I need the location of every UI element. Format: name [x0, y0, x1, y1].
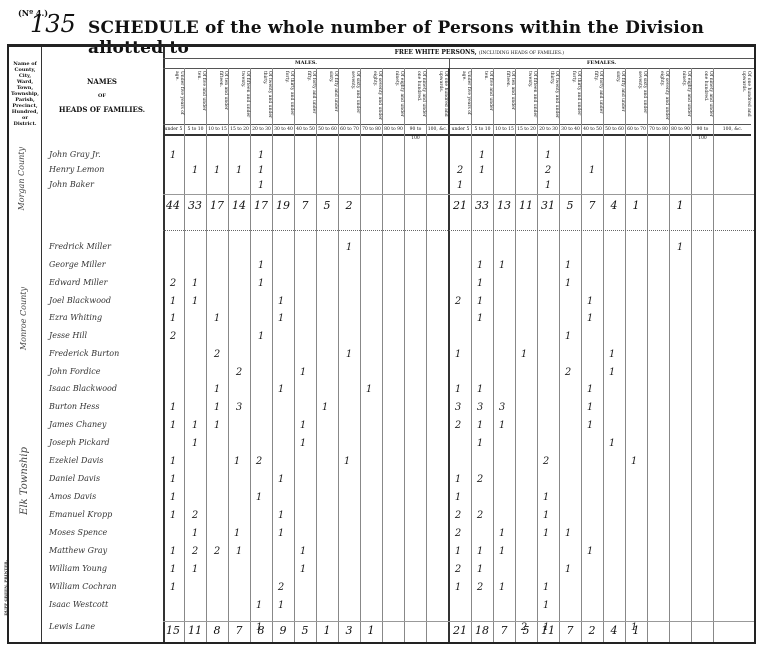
tally-mark: 2	[450, 420, 466, 431]
col-range: 70 to 80	[361, 124, 382, 136]
subtotal-cell: 1	[626, 199, 646, 212]
tally-mark: 2	[472, 582, 488, 593]
tally-mark: 1	[295, 420, 311, 431]
tally-mark: 1	[472, 546, 488, 557]
subtotal-cell: 1	[670, 199, 690, 212]
col-range: 5 to 10	[472, 124, 493, 136]
tally-mark: 1	[472, 296, 488, 307]
col-label: Of ninety and under one hundred.	[692, 71, 713, 121]
col-range: 20 to 30	[251, 124, 272, 136]
tally-mark: 1	[187, 278, 203, 289]
county-column: Name of County, City, Ward, Town, Townsh…	[9, 47, 42, 642]
total-cell: 7	[560, 624, 580, 637]
tally-mark: 1	[317, 402, 333, 413]
col-female-70-80: Of seventy and under eighty.70 to 80	[648, 68, 670, 642]
tally-mark: 1	[472, 384, 488, 395]
tally-mark: 1	[295, 546, 311, 557]
head-of-family: Jesse Hill	[49, 331, 87, 340]
tally-mark: 1	[253, 331, 269, 342]
tally-mark: 1	[273, 528, 289, 539]
tally-mark: 1	[209, 402, 225, 413]
tally-mark: 1	[251, 492, 267, 503]
tally-mark: 2	[538, 456, 554, 467]
tally-mark: 1	[540, 150, 556, 161]
col-range: 50 to 60	[317, 124, 338, 136]
tally-mark: 2	[450, 510, 466, 521]
tally-mark: 2	[251, 456, 267, 467]
total-cell: 18	[472, 624, 492, 637]
col-label: Under five years of age.	[163, 71, 184, 121]
tally-mark: 1	[472, 564, 488, 575]
county-header: Name of County, City, Ward, Town, Townsh…	[10, 61, 40, 127]
tally-mark: 1	[538, 510, 554, 521]
head-of-family: Frederick Burton	[49, 349, 119, 358]
tally-mark: 1	[229, 528, 245, 539]
tally-mark: 1	[231, 546, 247, 557]
head-of-family: Lewis Lane	[49, 622, 95, 631]
tally-mark: 2	[273, 582, 289, 593]
head-of-family: William Cochran	[49, 582, 117, 591]
tally-mark: 1	[187, 420, 203, 431]
head-of-family: George Miller	[49, 260, 106, 269]
tally-mark: 1	[474, 150, 490, 161]
total-cell: 7	[494, 624, 514, 637]
col-label: Of fifty and under sixty.	[317, 71, 338, 121]
tally-mark: 2	[231, 367, 247, 378]
tally-mark: 1	[450, 474, 466, 485]
total-cell: 5	[516, 624, 536, 637]
col-range: 10 to 15	[494, 124, 515, 136]
head-of-family: John Gray Jr.	[49, 150, 101, 159]
tally-mark: 2	[187, 510, 203, 521]
tally-mark: 1	[538, 600, 554, 611]
total-cell: 1	[361, 624, 381, 637]
subtotal-cell: 14	[229, 199, 249, 212]
col-range: 100, &c.	[714, 124, 751, 136]
tally-mark: 3	[450, 402, 466, 413]
tally-mark: 1	[582, 546, 598, 557]
total-cell: 9	[273, 624, 293, 637]
col-label: Under five years of age.	[450, 71, 471, 121]
tally-mark: 1	[253, 150, 269, 161]
subtotal-cell: 44	[163, 199, 183, 212]
col-range: 10 to 15	[207, 124, 228, 136]
tally-mark: 2	[165, 331, 181, 342]
col-label: Of thirty and under forty.	[273, 71, 294, 121]
tally-mark: 1	[494, 546, 510, 557]
col-range: 60 to 70	[626, 124, 647, 136]
col-range: 80 to 90	[670, 124, 691, 136]
tally-mark: 1	[295, 367, 311, 378]
col-label: Of ninety and under one hundred.	[405, 71, 426, 121]
tally-mark: 1	[604, 438, 620, 449]
total-cell: 1	[626, 624, 646, 637]
head-of-family: James Chaney	[49, 420, 106, 429]
col-label: Of thirty and under forty.	[560, 71, 581, 121]
tally-mark: 1	[538, 528, 554, 539]
tally-mark: 1	[450, 349, 466, 360]
tally-mark: 1	[494, 260, 510, 271]
tally-mark: 1	[450, 582, 466, 593]
head-of-family: William Young	[49, 564, 107, 573]
tally-mark: 1	[450, 546, 466, 557]
tally-mark: 1	[516, 349, 532, 360]
subtotal-cell: 17	[251, 199, 271, 212]
tally-mark: 2	[472, 474, 488, 485]
tally-mark: 1	[165, 150, 181, 161]
subtotal-cell: 33	[185, 199, 205, 212]
tally-mark: 1	[295, 564, 311, 575]
tally-mark: 2	[560, 367, 576, 378]
subtotal-cell: 7	[295, 199, 315, 212]
col-range: 5 to 10	[185, 124, 206, 136]
col-male-100-plus: Of one hundred and upwards.100, &c.	[427, 68, 450, 642]
col-label: Of sixty and under seventy.	[339, 71, 360, 121]
tally-mark: 1	[560, 331, 576, 342]
head-of-family: Edward Miller	[49, 278, 108, 287]
col-male-90-100: Of ninety and under one hundred.90 to 10…	[405, 68, 427, 642]
total-cell: 8	[251, 624, 271, 637]
col-range: 70 to 80	[648, 124, 669, 136]
col-label: Of five and under ten.	[185, 71, 206, 121]
tally-mark: 2	[165, 278, 181, 289]
names-header-line-2: OF	[41, 89, 163, 103]
col-female-60-70: Of sixty and under seventy.60 to 70	[626, 68, 648, 642]
tally-mark: 3	[472, 402, 488, 413]
col-female-100-plus: Of one hundred and upwards.100, &c.	[714, 68, 751, 642]
col-male-50-60: Of fifty and under sixty.50 to 60	[317, 68, 339, 642]
total-cell: 11	[538, 624, 558, 637]
subtotal-cell: 5	[560, 199, 580, 212]
names-header-line-3: HEADS OF FAMILIES.	[41, 103, 163, 117]
tally-mark: 3	[231, 402, 247, 413]
tally-mark: 1	[472, 260, 488, 271]
subtotal-cell: 31	[538, 199, 558, 212]
col-female-30-40: Of thirty and under forty.30 to 40	[560, 68, 582, 642]
tally-mark: 1	[209, 384, 225, 395]
tally-mark: 1	[273, 600, 289, 611]
subtotal-cell: 17	[207, 199, 227, 212]
col-range: under 5	[163, 124, 184, 136]
head-of-family: Emanuel Kropp	[49, 510, 112, 519]
tally-mark: 1	[450, 492, 466, 503]
col-range: 50 to 60	[604, 124, 625, 136]
tally-mark: 1	[341, 242, 357, 253]
subtotal-cell: 19	[273, 199, 293, 212]
total-cell: 4	[604, 624, 624, 637]
head-of-family: Daniel Davis	[49, 474, 100, 483]
tally-mark: 1	[165, 492, 181, 503]
group-header: FREE WHITE PERSONS,	[395, 49, 477, 56]
tally-mark: 1	[361, 384, 377, 395]
tally-mark: 1	[494, 420, 510, 431]
col-female-90-100: Of ninety and under one hundred.90 to 10…	[692, 68, 714, 642]
subtotal-cell: 7	[582, 199, 602, 212]
subtotal-cell: 33	[472, 199, 492, 212]
tally-mark: 2	[472, 510, 488, 521]
tally-mark: 1	[187, 165, 203, 176]
tally-mark: 1	[582, 313, 598, 324]
tally-mark: 1	[273, 510, 289, 521]
group-subheader: (INCLUDING HEADS OF FAMILIES.)	[479, 51, 564, 56]
margin-note-county-1: Morgan County	[17, 147, 26, 210]
head-of-family: Burton Hess	[49, 402, 100, 411]
tally-mark: 2	[209, 546, 225, 557]
tally-mark: 1	[209, 420, 225, 431]
col-label: Of eighty and under ninety.	[670, 71, 691, 121]
age-grid: FREE WHITE PERSONS, (INCLUDING HEADS OF …	[163, 47, 754, 642]
tally-mark: 1	[472, 313, 488, 324]
subtotal-cell: 2	[339, 199, 359, 212]
col-range: 40 to 50	[295, 124, 316, 136]
tally-mark: 1	[582, 384, 598, 395]
subtotal-cell: 5	[317, 199, 337, 212]
tally-mark: 1	[273, 296, 289, 307]
tally-mark: 2	[452, 165, 468, 176]
tally-mark: 2	[450, 528, 466, 539]
total-cell: 7	[229, 624, 249, 637]
tally-mark: 1	[604, 367, 620, 378]
tally-mark: 1	[452, 180, 468, 191]
tally-mark: 1	[582, 420, 598, 431]
head-of-family: Joseph Pickard	[49, 438, 110, 447]
head-of-family: Amos Davis	[49, 492, 96, 501]
tally-mark: 1	[253, 165, 269, 176]
tally-mark: 1	[538, 582, 554, 593]
col-label: Of sixty and under seventy.	[626, 71, 647, 121]
tally-mark: 1	[209, 313, 225, 324]
total-cell: 2	[582, 624, 602, 637]
head-of-family: Matthew Gray	[49, 546, 107, 555]
tally-mark: 2	[187, 546, 203, 557]
tally-mark: 1	[472, 438, 488, 449]
subtotal-cell: 21	[450, 199, 470, 212]
head-of-family: Henry Lemon	[49, 165, 104, 174]
col-male-70-80: Of seventy and under eighty.70 to 80	[361, 68, 383, 642]
tally-mark: 1	[187, 564, 203, 575]
tally-mark: 2	[209, 349, 225, 360]
col-label: Of one hundred and upwards.	[427, 71, 448, 121]
tally-mark: 2	[540, 165, 556, 176]
tally-mark: 1	[604, 349, 620, 360]
tally-mark: 1	[165, 402, 181, 413]
names-header-line-1: NAMES	[41, 75, 163, 89]
tally-mark: 1	[538, 492, 554, 503]
col-female-80-90: Of eighty and under ninety.80 to 90	[670, 68, 692, 642]
tally-mark: 1	[474, 165, 490, 176]
section-divider	[163, 230, 754, 231]
subtotal-cell: 11	[516, 199, 536, 212]
tally-mark: 1	[584, 165, 600, 176]
tally-mark: 1	[450, 384, 466, 395]
tally-mark: 1	[165, 296, 181, 307]
tally-mark: 1	[494, 528, 510, 539]
tally-mark: 1	[165, 313, 181, 324]
col-range: 30 to 40	[560, 124, 581, 136]
tally-mark: 1	[209, 165, 225, 176]
tally-mark: 2	[450, 564, 466, 575]
names-column: NAMES OF HEADS OF FAMILIES. John Gray Jr…	[41, 47, 165, 642]
tally-mark: 1	[582, 296, 598, 307]
col-label: Of twenty and under thirty.	[538, 71, 559, 121]
tally-mark: 1	[165, 564, 181, 575]
head-of-family: John Fordice	[49, 367, 101, 376]
col-range: 20 to 30	[538, 124, 559, 136]
tally-mark: 1	[540, 180, 556, 191]
col-range: 15 to 20	[516, 124, 537, 136]
col-label: Of fifteen and under twenty.	[516, 71, 537, 121]
col-range: 40 to 50	[582, 124, 603, 136]
tally-mark: 1	[582, 402, 598, 413]
tally-mark: 1	[165, 456, 181, 467]
col-label: Of twenty and under thirty.	[251, 71, 272, 121]
tally-mark: 1	[560, 564, 576, 575]
tally-mark: 1	[165, 582, 181, 593]
tally-mark: 1	[187, 528, 203, 539]
tally-mark: 1	[187, 296, 203, 307]
col-label: Of ten and under fifteen.	[207, 71, 228, 121]
subtotal-divider	[163, 194, 754, 195]
page-number: 135	[30, 10, 76, 38]
names-header: NAMES OF HEADS OF FAMILIES.	[41, 75, 163, 117]
col-label: Of five and under ten.	[472, 71, 493, 121]
tally-mark: 1	[273, 313, 289, 324]
total-cell: 1	[317, 624, 337, 637]
tally-mark: 1	[253, 180, 269, 191]
col-label: Of seventy and under eighty.	[361, 71, 382, 121]
tally-mark: 1	[273, 384, 289, 395]
col-range: 80 to 90	[383, 124, 404, 136]
census-table: Name of County, City, Ward, Town, Townsh…	[7, 44, 756, 644]
subtotal-cell: 13	[494, 199, 514, 212]
tally-mark: 1	[560, 278, 576, 289]
tally-mark: 1	[165, 510, 181, 521]
tally-mark: 1	[165, 474, 181, 485]
tally-mark: 1	[560, 528, 576, 539]
tally-mark: 1	[341, 349, 357, 360]
col-range: 90 to 100	[692, 124, 713, 136]
tally-mark: 1	[165, 546, 181, 557]
col-male-80-90: Of eighty and under ninety.80 to 90	[383, 68, 405, 642]
total-cell: 8	[207, 624, 227, 637]
tally-mark: 1	[672, 242, 688, 253]
head-of-family: Joel Blackwood	[49, 296, 111, 305]
margin-note-township: Elk Township	[19, 447, 30, 515]
tally-mark: 1	[229, 456, 245, 467]
subtotal-cell: 4	[604, 199, 624, 212]
head-of-family: Isaac Westcott	[49, 600, 108, 609]
total-cell: 3	[339, 624, 359, 637]
tally-mark: 1	[253, 278, 269, 289]
tally-mark: 1	[472, 278, 488, 289]
tally-mark: 1	[273, 474, 289, 485]
total-cell: 5	[295, 624, 315, 637]
tally-mark: 1	[295, 438, 311, 449]
head-of-family: Ezra Whiting	[49, 313, 102, 322]
tally-mark: 1	[339, 456, 355, 467]
col-range: 15 to 20	[229, 124, 250, 136]
head-of-family: John Baker	[49, 180, 94, 189]
col-label: Of seventy and under eighty.	[648, 71, 669, 121]
total-cell: 21	[450, 624, 470, 637]
col-label: Of forty and under fifty.	[295, 71, 316, 121]
tally-mark: 1	[626, 456, 642, 467]
tally-mark: 1	[231, 165, 247, 176]
head-of-family: Fredrick Miller	[49, 242, 111, 251]
head-of-family: Isaac Blackwood	[49, 384, 117, 393]
col-range: under 5	[450, 124, 471, 136]
col-label: Of forty and under fifty.	[582, 71, 603, 121]
col-range: 100, &c.	[427, 124, 448, 136]
col-label: Of eighty and under ninety.	[383, 71, 404, 121]
col-range: 60 to 70	[339, 124, 360, 136]
tally-mark: 3	[494, 402, 510, 413]
tally-mark: 1	[494, 582, 510, 593]
tally-mark: 1	[472, 420, 488, 431]
col-range: 30 to 40	[273, 124, 294, 136]
col-male-30-40: Of thirty and under forty.30 to 40	[273, 68, 295, 642]
tally-mark: 1	[165, 420, 181, 431]
col-label: Of fifteen and under twenty.	[229, 71, 250, 121]
tally-mark: 1	[253, 260, 269, 271]
col-label: Of fifty and under sixty.	[604, 71, 625, 121]
head-of-family: Moses Spence	[49, 528, 107, 537]
margin-note-county-2: Monroe County	[19, 287, 28, 350]
totals-divider	[163, 621, 754, 622]
printer-credit: DUFF GREEN, PRINTER.	[3, 560, 8, 616]
head-of-family: Ezekiel Davis	[49, 456, 103, 465]
tally-mark: 1	[251, 600, 267, 611]
tally-mark: 1	[187, 438, 203, 449]
col-range: 90 to 100	[405, 124, 426, 136]
col-label: Of one hundred and upwards.	[714, 71, 751, 121]
total-cell: 15	[163, 624, 183, 637]
col-label: Of ten and under fifteen.	[494, 71, 515, 121]
total-cell: 11	[185, 624, 205, 637]
tally-mark: 2	[450, 296, 466, 307]
tally-mark: 1	[560, 260, 576, 271]
